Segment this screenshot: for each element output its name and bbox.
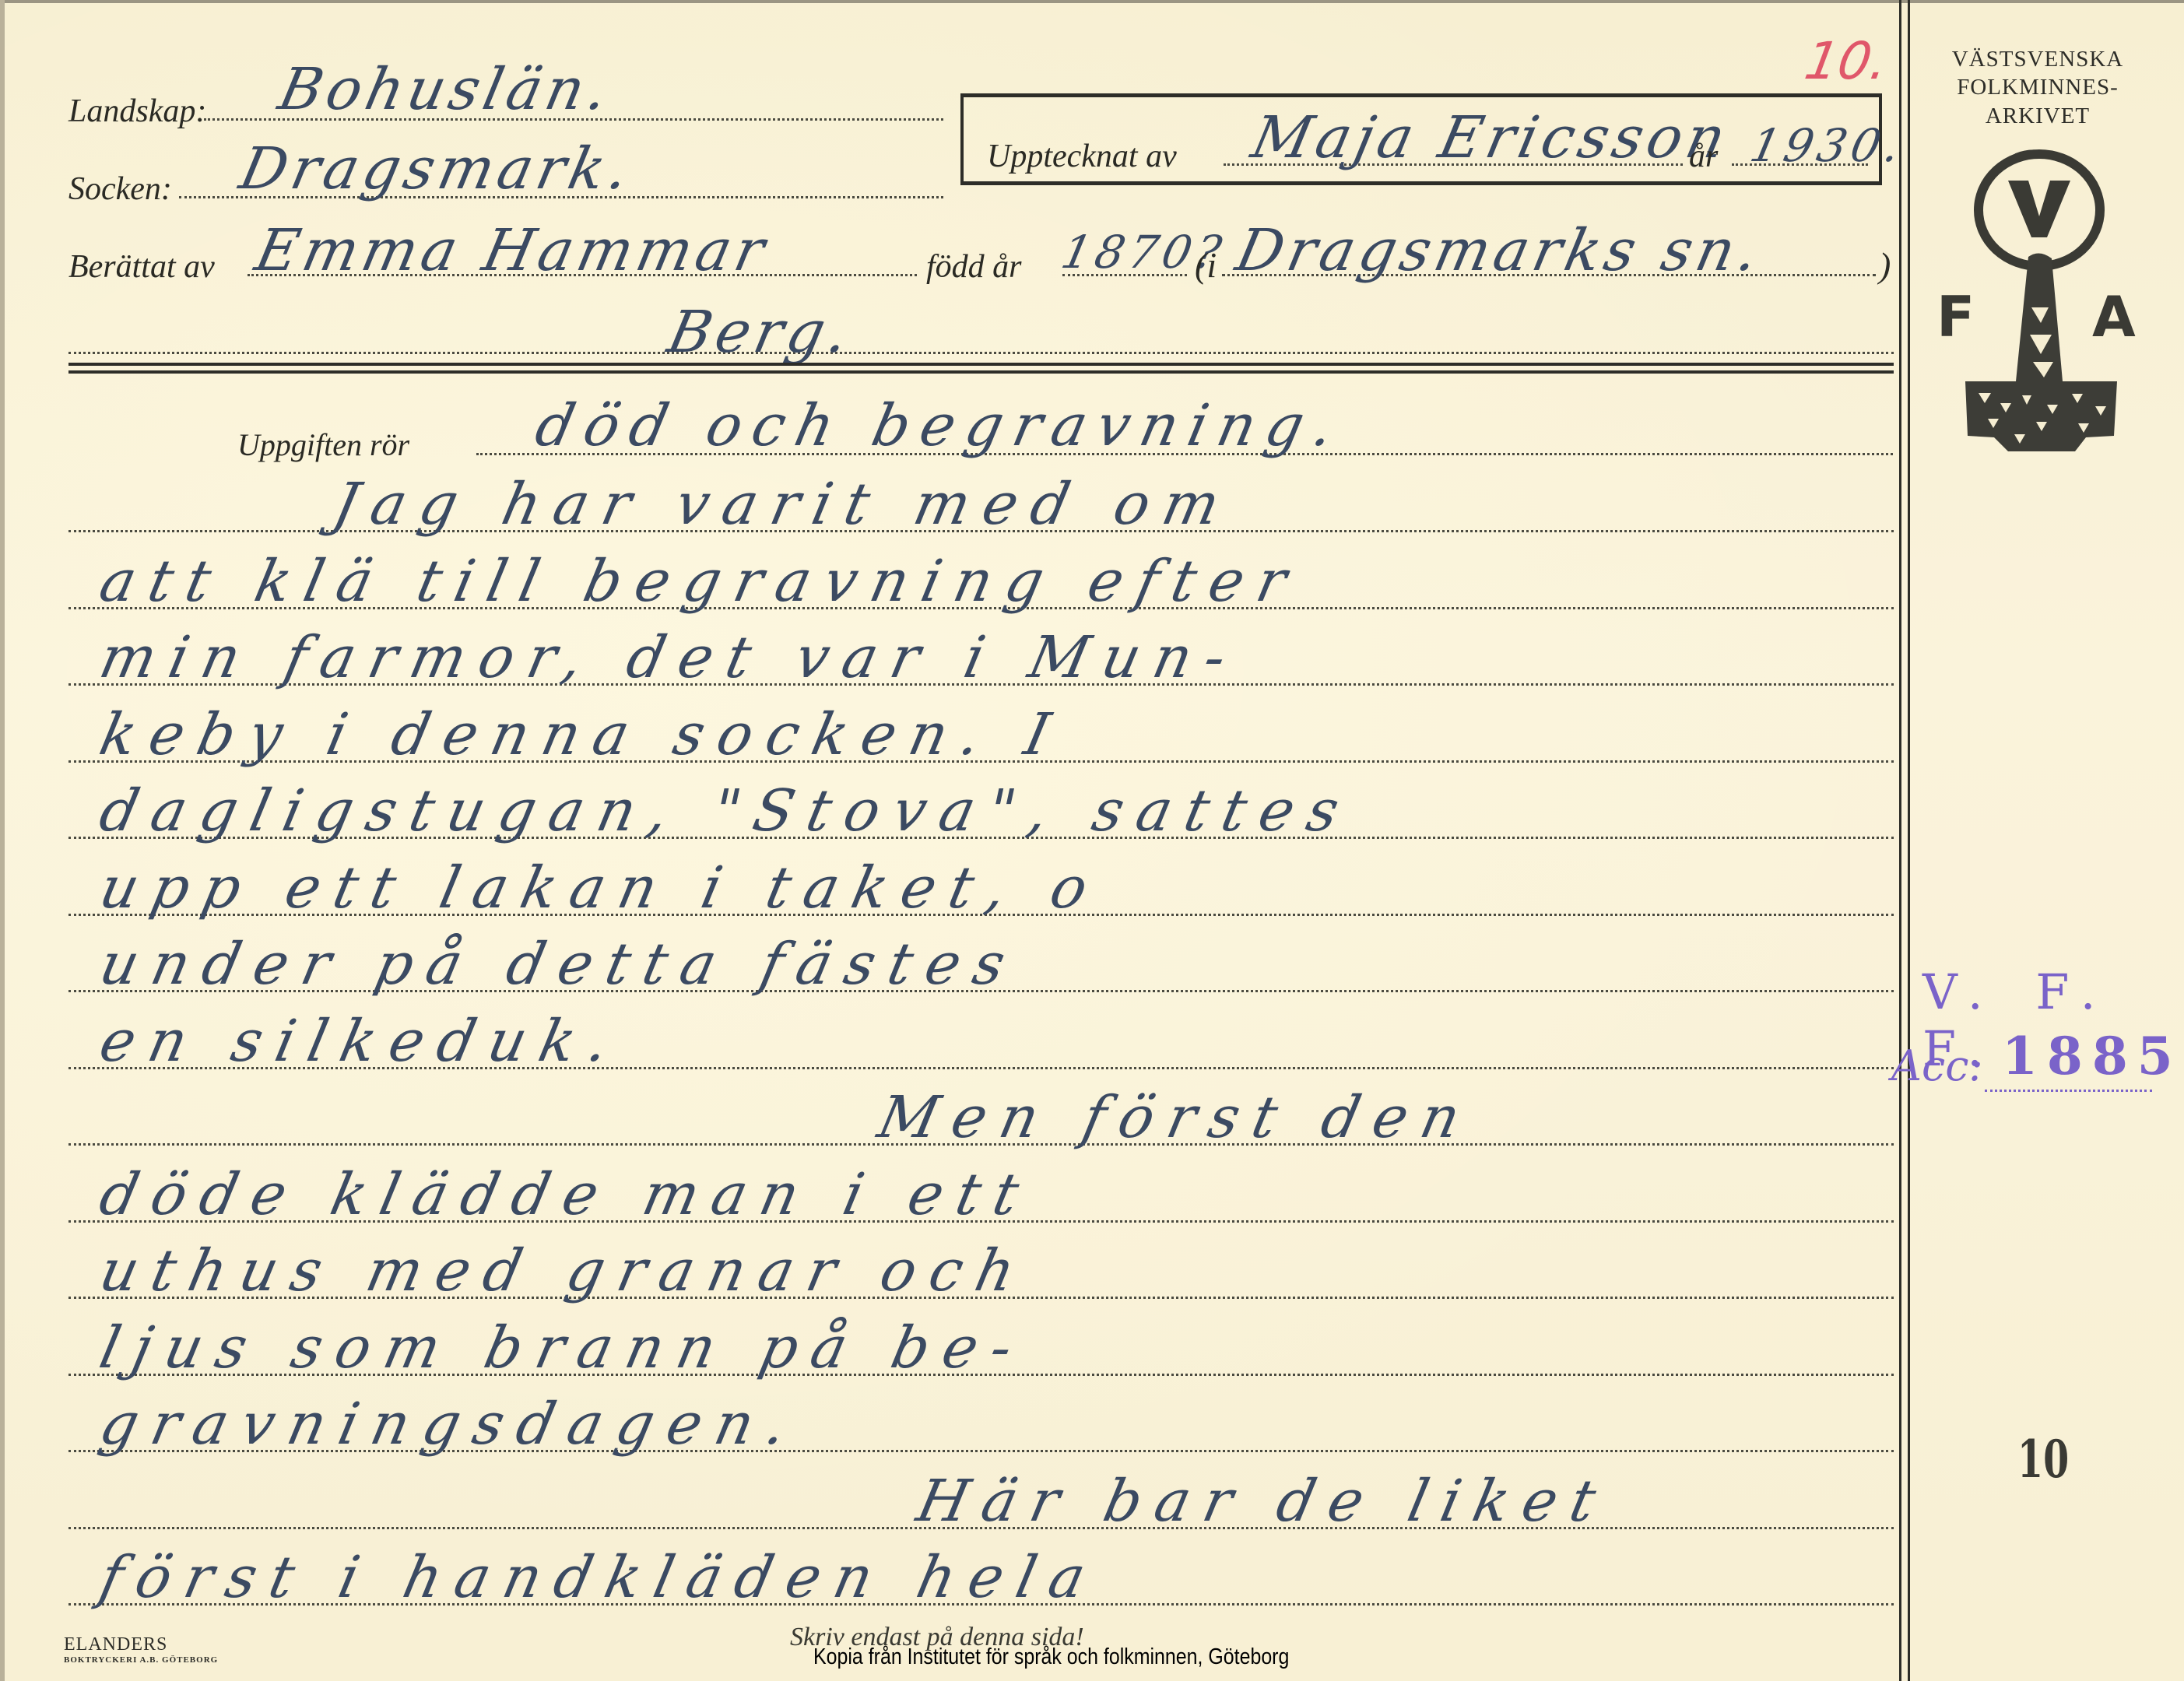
handwritten-line: uthus med granar och bbox=[95, 1242, 1034, 1300]
svg-text:A: A bbox=[2092, 284, 2136, 349]
fodd-label: född år bbox=[926, 251, 1022, 283]
scan-edge-top bbox=[0, 0, 2184, 3]
fodd-place-open: (i bbox=[1195, 247, 1217, 283]
handwritten-line: Jag har varit med om bbox=[328, 476, 1238, 533]
handwritten-line: ljus som brann på be- bbox=[95, 1319, 1031, 1377]
landskap-label: Landskap: bbox=[68, 95, 206, 128]
handwritten-line: en silkeduk. bbox=[95, 1012, 627, 1070]
acc-stamp-label: Acc: bbox=[1891, 1041, 1983, 1090]
header-rule-1 bbox=[68, 363, 1894, 366]
archive-document-page: Landskap: Bohuslän. Socken: Dragsmark. B… bbox=[0, 0, 2184, 1681]
berattat-value: Emma Hammar bbox=[251, 222, 774, 279]
upptecknat-value: Maja Ericsson bbox=[1247, 109, 1735, 167]
scan-edge-left bbox=[0, 0, 5, 1681]
handwritten-line: min farmor, det var i Mun- bbox=[95, 629, 1245, 686]
berattat-label: Berättat av bbox=[68, 251, 215, 283]
archive-name-line-3: ARKIVET bbox=[1913, 102, 2162, 130]
copy-notice: Kopia från Institutet för språk och folk… bbox=[813, 1644, 1289, 1670]
printer-name: ELANDERS bbox=[64, 1634, 218, 1655]
header-rule-2 bbox=[68, 370, 1894, 374]
margin-divider-right bbox=[1908, 0, 1910, 1681]
printer-mark: ELANDERS BOKTRYCKERI A.B. GÖTEBORG bbox=[64, 1634, 218, 1665]
archive-name: VÄSTSVENSKA FOLKMINNES- ARKIVET bbox=[1913, 45, 2162, 130]
handwritten-line: dagligstugan, "Stova", sattes bbox=[95, 782, 1357, 840]
fodd-place-value: Dragsmarks sn. bbox=[1231, 222, 1768, 279]
ar-label: år bbox=[1689, 140, 1718, 173]
socken-label: Socken: bbox=[68, 173, 172, 205]
acc-stamp-underline bbox=[1985, 1090, 2152, 1092]
handwritten-line: gravningsdagen. bbox=[95, 1395, 806, 1453]
archive-name-line-2: FOLKMINNES- bbox=[1913, 73, 2162, 101]
thor-hammer-logo-icon: F A bbox=[1922, 132, 2156, 467]
handwritten-line: under på detta fästes bbox=[95, 935, 1024, 993]
red-pencil-number: 10. bbox=[1800, 31, 1893, 91]
handwritten-line: Men först den bbox=[873, 1089, 1479, 1146]
svg-text:F: F bbox=[1936, 284, 1975, 349]
berattat-line-2 bbox=[68, 352, 1894, 354]
ar-value: 1930. bbox=[1747, 123, 1908, 168]
upptecknat-label: Upptecknat av bbox=[987, 140, 1177, 173]
handwritten-line: döde klädde man i ett bbox=[95, 1166, 1038, 1223]
handwritten-line: Här bar de liket bbox=[912, 1472, 1614, 1530]
berattat-value-2: Berg. bbox=[663, 304, 858, 361]
archive-name-line-1: VÄSTSVENSKA bbox=[1913, 45, 2162, 73]
handwritten-line: att klä till begravning efter bbox=[95, 553, 1305, 610]
page-number: 10 bbox=[2017, 1429, 2069, 1490]
fodd-place-close: ) bbox=[1879, 247, 1891, 283]
margin-divider-left bbox=[1899, 0, 1901, 1681]
acc-stamp-number: 1885 bbox=[2002, 1026, 2182, 1086]
uppgiften-value: död och begravning. bbox=[531, 397, 1349, 454]
socken-value: Dragsmark. bbox=[235, 140, 638, 198]
uppgiften-label: Uppgiften rör bbox=[237, 430, 409, 461]
handwritten-line: upp ett lakan i taket, o bbox=[95, 859, 1106, 917]
handwritten-line: keby i denna socken. I bbox=[95, 706, 1069, 763]
landskap-value: Bohuslän. bbox=[274, 61, 617, 118]
printer-sub: BOKTRYCKERI A.B. GÖTEBORG bbox=[64, 1655, 218, 1665]
handwritten-line: först i handkläden hela bbox=[95, 1549, 1104, 1606]
